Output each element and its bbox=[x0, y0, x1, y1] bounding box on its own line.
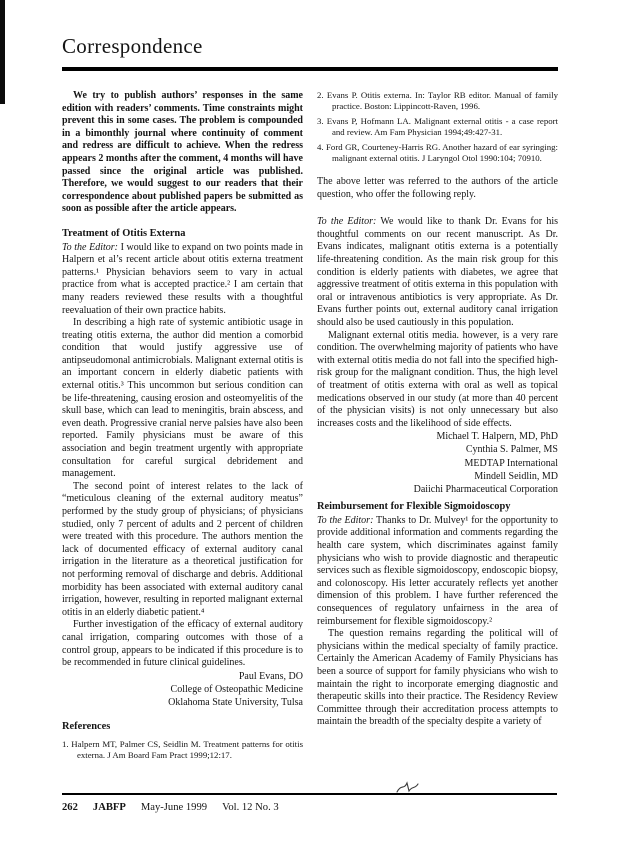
reply-paragraph-2: Malignant external otitis media. however… bbox=[317, 330, 558, 431]
signature-line-seidlin: Mindell Seidlin, MD bbox=[317, 470, 558, 483]
journal-page: Correspondence We try to publish authors… bbox=[0, 0, 620, 857]
reply-paragraph-1: To the Editor: We would like to thank Dr… bbox=[317, 216, 558, 329]
page-footer: 262JABFPMay-June 1999Vol. 12 No. 3 bbox=[62, 793, 557, 813]
referral-note: The above letter was referred to the aut… bbox=[317, 176, 558, 201]
scan-edge-artifact bbox=[0, 0, 5, 104]
title-rule bbox=[62, 67, 558, 71]
signature-line-halpern: Michael T. Halpern, MD, PhD bbox=[317, 430, 558, 443]
references-heading: References bbox=[62, 721, 303, 734]
reference-item-3: 3. Evans P, Hofmann LA. Malignant extern… bbox=[317, 116, 558, 138]
section-heading-sigmoidoscopy: Reimbursement for Flexible Sigmoidoscopy bbox=[317, 501, 558, 514]
otitis-paragraph-2: In describing a high rate of systemic an… bbox=[62, 317, 303, 481]
salutation-reply: To the Editor: bbox=[317, 216, 376, 227]
otitis-paragraph-3: The second point of interest relates to … bbox=[62, 481, 303, 620]
page-title: Correspondence bbox=[62, 34, 558, 59]
sigmoidoscopy-paragraph-1: To the Editor: Thanks to Dr. Mulvey¹ for… bbox=[317, 515, 558, 628]
sigmoidoscopy-paragraph-1-text: Thanks to Dr. Mulvey¹ for the opportunit… bbox=[317, 515, 558, 627]
footer-volume: Vol. 12 No. 3 bbox=[222, 802, 279, 813]
salutation-sigmoidoscopy: To the Editor: bbox=[317, 515, 373, 526]
signature-line-institution: College of Osteopathic Medicine bbox=[62, 683, 303, 696]
signature-line-daiichi: Daiichi Pharmaceutical Corporation bbox=[317, 483, 558, 496]
reply-paragraph-1-text: We would like to thank Dr. Evans for his… bbox=[317, 216, 558, 328]
footer-journal-abbrev: JABFP bbox=[93, 802, 126, 813]
otitis-paragraph-4: Further investigation of the efficacy of… bbox=[62, 619, 303, 669]
reference-item-2: 2. Evans P. Otitis externa. In: Taylor R… bbox=[317, 90, 558, 112]
reply-signature-block: Michael T. Halpern, MD, PhD Cynthia S. P… bbox=[317, 430, 558, 496]
left-column: We try to publish authors’ responses in … bbox=[62, 90, 303, 765]
footer-issue-date: May-June 1999 bbox=[141, 802, 207, 813]
right-column: 2. Evans P. Otitis externa. In: Taylor R… bbox=[317, 90, 558, 765]
section-heading-otitis: Treatment of Otitis Externa bbox=[62, 228, 303, 241]
salutation-otitis: To the Editor: bbox=[62, 242, 118, 253]
signature-line-author: Paul Evans, DO bbox=[62, 670, 303, 683]
sigmoidoscopy-paragraph-2: The question remains regarding the polit… bbox=[317, 628, 558, 729]
signature-line-palmer: Cynthia S. Palmer, MS bbox=[317, 443, 558, 456]
editors-note: We try to publish authors’ responses in … bbox=[62, 90, 303, 216]
references-list-right: 2. Evans P. Otitis externa. In: Taylor R… bbox=[317, 90, 558, 164]
signature-line-location: Oklahoma State University, Tulsa bbox=[62, 696, 303, 709]
otitis-signature-block: Paul Evans, DO College of Osteopathic Me… bbox=[62, 670, 303, 710]
reference-item-4: 4. Ford GR, Courteney-Harris RG. Another… bbox=[317, 142, 558, 164]
signature-line-medtap: MEDTAP International bbox=[317, 457, 558, 470]
reference-item-1: 1. Halpern MT, Palmer CS, Seidlin M. Tre… bbox=[62, 739, 303, 761]
two-column-body: We try to publish authors’ responses in … bbox=[0, 90, 620, 765]
footer-page-number: 262 bbox=[62, 802, 78, 813]
otitis-paragraph-1: To the Editor: I would like to expand on… bbox=[62, 242, 303, 318]
references-list-left: 1. Halpern MT, Palmer CS, Seidlin M. Tre… bbox=[62, 739, 303, 761]
